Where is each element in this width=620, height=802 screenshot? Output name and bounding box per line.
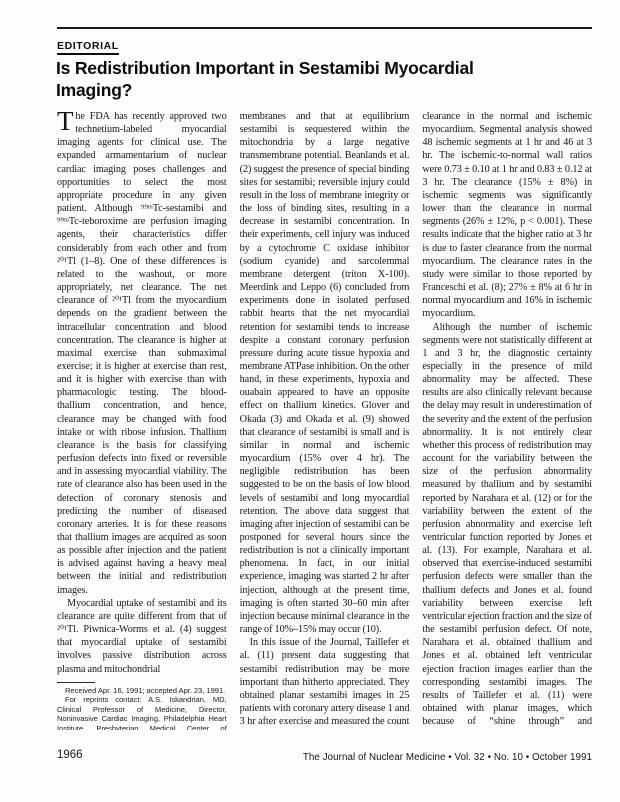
drop-cap: T [57,110,75,132]
journal-page: EDITORIAL Is Redistribution Important in… [0,0,620,802]
body-paragraph: membranes and that at equilibrium sestam… [240,110,410,636]
paragraph-text: he FDA has recently approved two technet… [57,111,227,596]
section-kicker: EDITORIAL [57,40,119,55]
column-1-body: The FDA has recently approved two techne… [57,110,227,676]
footnote-reprints: For reprints contact: A.S. Iskandrian, M… [57,695,227,730]
body-paragraph: clearance in the normal and ischemic myo… [422,110,592,321]
footnote-rule [57,682,95,683]
column-3-body: clearance in the normal and ischemic myo… [422,110,592,730]
page-number: 1966 [57,749,83,761]
body-paragraph: Myocardial uptake of sestamibi and its c… [57,597,227,676]
body-paragraph: In this issue of the Journal, Taillefer … [240,636,410,730]
footnote: Received Apr. 16, 1991; accepted Apr. 23… [57,676,227,730]
body-paragraph: The FDA has recently approved two techne… [57,110,227,597]
column-2-body: membranes and that at equilibrium sestam… [240,110,410,730]
body-paragraph: Although the number of ischemic segments… [422,321,592,731]
journal-footer-line: The Journal of Nuclear Medicine • Vol. 3… [303,752,592,763]
header-rule [57,27,592,29]
column-1: The FDA has recently approved two techne… [57,110,227,730]
column-3: clearance in the normal and ischemic myo… [422,110,592,730]
column-2: membranes and that at equilibrium sestam… [240,110,410,730]
article-columns: The FDA has recently approved two techne… [57,110,592,730]
page-title: Is Redistribution Important in Sestamibi… [56,58,526,101]
footnote-received: Received Apr. 16, 1991; accepted Apr. 23… [57,686,227,696]
